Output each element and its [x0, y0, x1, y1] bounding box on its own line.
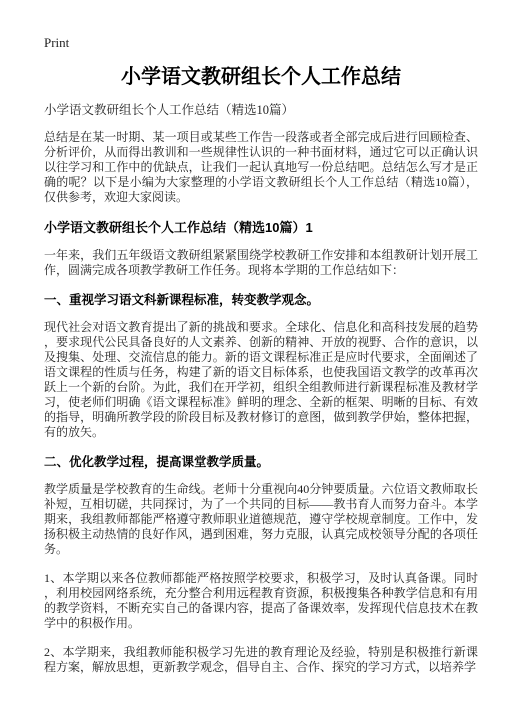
subsection-2-paragraph: 教学质量是学校教育的生命线。老师十分重视向40分钟要质量。六位语文教师取长补短，…	[44, 482, 478, 557]
section-1-heading: 小学语文教研组长个人工作总结（精选10篇）1	[44, 219, 478, 236]
subsection-2-heading: 二、优化教学过程，提高课堂教学质量。	[44, 454, 478, 470]
subsection-2-item-2-paragraph: 2、本学期来，我组教师能积极学习先进的教育理论及经验，特别是积极推行新课程方案，…	[44, 645, 478, 675]
page-title: 小学语文教研组长个人工作总结	[44, 64, 478, 90]
subsection-2-item-1-paragraph: 1、本学期以来各位教师都能严格按照学校要求，积极学习，及时认真备课。同时，利用校…	[44, 571, 478, 631]
subsection-1-paragraph: 现代社会对语文教育提出了新的挑战和要求。全球化、信息化和高科技发展的趋势，要求现…	[44, 320, 478, 440]
section-1-intro-paragraph: 一年来，我们五年级语文教研组紧紧围绕学校教研工作安排和本组教研计划开展工作，圆满…	[44, 248, 478, 278]
subsection-1-heading: 一、重视学习语文科新课程标准，转变教学观念。	[44, 292, 478, 308]
print-button[interactable]: Print	[44, 35, 69, 50]
article-subtitle: 小学语文教研组长个人工作总结（精选10篇）	[44, 102, 478, 118]
print-preview-page: Print 小学语文教研组长个人工作总结 小学语文教研组长个人工作总结（精选10…	[0, 0, 520, 718]
intro-paragraph: 总结是在某一时期、某一项目或某些工作告一段落或者全部完成后进行回顾检查、分析评价…	[44, 130, 478, 205]
